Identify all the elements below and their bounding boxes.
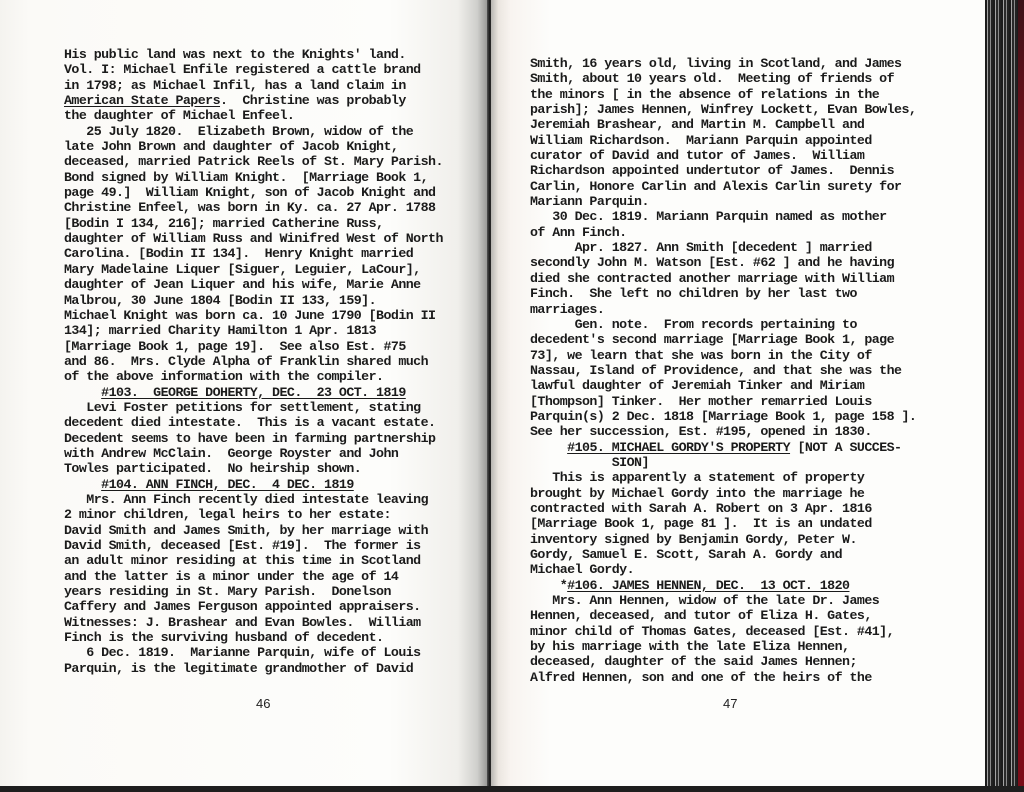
left-text-line: His public land was next to the Knights'… — [64, 47, 443, 62]
bottom-shadow — [0, 786, 1024, 792]
right-text-line: Smith, 16 years old, living in Scotland,… — [530, 56, 916, 71]
right-text-line: Alfred Hennen, son and one of the heirs … — [530, 670, 916, 685]
left-text-line: the daughter of Michael Enfeel. — [64, 108, 443, 123]
left-text-line: Bond signed by William Knight. [Marriage… — [64, 170, 443, 185]
cover-edge — [1018, 0, 1024, 792]
right-text-line: of Ann Finch. — [530, 225, 916, 240]
page-number-left: 46 — [256, 696, 270, 711]
left-text-line: Finch is the surviving husband of decede… — [64, 630, 443, 645]
left-text-line: #104. ANN FINCH, DEC. 4 DEC. 1819 — [64, 477, 443, 492]
right-text-line: the minors [ in the absence of relations… — [530, 87, 916, 102]
right-text-line: Jeremiah Brashear, and Martin M. Campbel… — [530, 117, 916, 132]
underlined-title: American State Papers — [64, 93, 220, 108]
left-text-line: Caffery and James Ferguson appointed app… — [64, 599, 443, 614]
left-text-line: Mary Madelaine Liquer [Siguer, Leguier, … — [64, 262, 443, 277]
left-text-line: daughter of William Russ and Winifred We… — [64, 231, 443, 246]
right-text-line: *#106. JAMES HENNEN, DEC. 13 OCT. 1820 — [530, 578, 916, 593]
left-text-line: of the above information with the compil… — [64, 369, 443, 384]
right-text-line: #105. MICHAEL GORDY'S PROPERTY [NOT A SU… — [530, 440, 916, 455]
right-text-line: SION] — [530, 455, 916, 470]
left-text-line: page 49.] William Knight, son of Jacob K… — [64, 185, 443, 200]
left-text-line: an adult minor residing at this time in … — [64, 553, 443, 568]
left-text-line: Malbrou, 30 June 1804 [Bodin II 133, 159… — [64, 293, 443, 308]
left-text-line: Levi Foster petitions for settlement, st… — [64, 400, 443, 415]
left-text-line: in 1798; as Michael Infil, has a land cl… — [64, 78, 443, 93]
left-text-line: Decedent seems to have been in farming p… — [64, 431, 443, 446]
page-number-right: 47 — [723, 696, 737, 711]
right-text-line: inventory signed by Benjamin Gordy, Pete… — [530, 532, 916, 547]
left-text-line: and 86. Mrs. Clyde Alpha of Franklin sha… — [64, 354, 443, 369]
right-text-line: Mariann Parquin. — [530, 194, 916, 209]
entry-heading: #104. ANN FINCH, DEC. 4 DEC. 1819 — [101, 477, 354, 492]
right-text-line: [Marriage Book 1, page 81 ]. It is an un… — [530, 516, 916, 531]
left-text-line: Mrs. Ann Finch recently died intestate l… — [64, 492, 443, 507]
right-text-line: This is apparently a statement of proper… — [530, 470, 916, 485]
right-text-line: Gordy, Samuel E. Scott, Sarah A. Gordy a… — [530, 547, 916, 562]
right-text-line: deceased, daughter of the said James Hen… — [530, 654, 916, 669]
right-text-line: lawful daughter of Jeremiah Tinker and M… — [530, 378, 916, 393]
right-text-line: contracted with Sarah A. Robert on 3 Apr… — [530, 501, 916, 516]
right-text-line: Nassau, Island of Providence, and that s… — [530, 363, 916, 378]
left-text-line: late John Brown and daughter of Jacob Kn… — [64, 139, 443, 154]
left-text-line: [Bodin I 134, 216]; married Catherine Ru… — [64, 216, 443, 231]
right-text-line: died she contracted another marriage wit… — [530, 271, 916, 286]
right-text-line: William Richardson. Mariann Parquin appo… — [530, 133, 916, 148]
right-text-line: 73], we learn that she was born in the C… — [530, 348, 916, 363]
right-text-line: decedent's second marriage [Marriage Boo… — [530, 332, 916, 347]
right-text-line: Richardson appointed undertutor of James… — [530, 163, 916, 178]
left-text-line: with Andrew McClain. George Royster and … — [64, 446, 443, 461]
right-text-line: minor child of Thomas Gates, deceased [E… — [530, 624, 916, 639]
right-text-line: Michael Gordy. — [530, 562, 916, 577]
right-text-line: Gen. note. From records pertaining to — [530, 317, 916, 332]
left-text-line: Towles participated. No heirship shown. — [64, 461, 443, 476]
book-spread: His public land was next to the Knights'… — [0, 0, 1024, 792]
right-text-line: Finch. She left no children by her last … — [530, 286, 916, 301]
left-text-line: American State Papers. Christine was pro… — [64, 93, 443, 108]
right-text-line: brought by Michael Gordy into the marria… — [530, 486, 916, 501]
left-text-line: David Smith and James Smith, by her marr… — [64, 523, 443, 538]
entry-heading: #106. JAMES HENNEN, DEC. 13 OCT. 1820 — [567, 578, 849, 593]
right-text-line: curator of David and tutor of James. Wil… — [530, 148, 916, 163]
left-text-line: daughter of Jean Liquer and his wife, Ma… — [64, 277, 443, 292]
left-text-line: 25 July 1820. Elizabeth Brown, widow of … — [64, 124, 443, 139]
right-text-line: parish]; James Hennen, Winfrey Lockett, … — [530, 102, 916, 117]
right-text-line: secondly John M. Watson [Est. #62 ] and … — [530, 255, 916, 270]
left-page-text: His public land was next to the Knights'… — [64, 47, 443, 676]
left-text-line: [Marriage Book 1, page 19]. See also Est… — [64, 339, 443, 354]
right-text-line: Hennen, deceased, and tutor of Eliza H. … — [530, 608, 916, 623]
left-text-line: Christine Enfeel, was born in Ky. ca. 27… — [64, 200, 443, 215]
right-text-line: Apr. 1827. Ann Smith [decedent ] married — [530, 240, 916, 255]
right-text-line: [Thompson] Tinker. Her mother remarried … — [530, 394, 916, 409]
left-text-line: 6 Dec. 1819. Marianne Parquin, wife of L… — [64, 645, 443, 660]
left-text-line: 2 minor children, legal heirs to her est… — [64, 507, 443, 522]
left-text-line: Michael Knight was born ca. 10 June 1790… — [64, 308, 443, 323]
left-text-line: 134]; married Charity Hamilton 1 Apr. 18… — [64, 323, 443, 338]
left-text-line: and the latter is a minor under the age … — [64, 569, 443, 584]
left-text-line: Parquin, is the legitimate grandmother o… — [64, 661, 443, 676]
right-text-line: marriages. — [530, 302, 916, 317]
left-text-line: Witnesses: J. Brashear and Evan Bowles. … — [64, 615, 443, 630]
right-text-line: Parquin(s) 2 Dec. 1818 [Marriage Book 1,… — [530, 409, 916, 424]
right-text-line: See her succession, Est. #195, opened in… — [530, 424, 916, 439]
right-text-line: Smith, about 10 years old. Meeting of fr… — [530, 71, 916, 86]
right-text-line: Mrs. Ann Hennen, widow of the late Dr. J… — [530, 593, 916, 608]
right-text-line: Carlin, Honore Carlin and Alexis Carlin … — [530, 179, 916, 194]
entry-heading: #103. GEORGE DOHERTY, DEC. 23 OCT. 1819 — [101, 385, 406, 400]
left-text-line: deceased, married Patrick Reels of St. M… — [64, 154, 443, 169]
entry-heading: #105. MICHAEL GORDY'S PROPERTY — [567, 440, 790, 455]
right-text-line: by his marriage with the late Eliza Henn… — [530, 639, 916, 654]
left-text-line: years residing in St. Mary Parish. Donel… — [64, 584, 443, 599]
left-text-line: decedent died intestate. This is a vacan… — [64, 415, 443, 430]
left-text-line: Carolina. [Bodin II 134]. Henry Knight m… — [64, 246, 443, 261]
right-text-line: 30 Dec. 1819. Mariann Parquin named as m… — [530, 209, 916, 224]
left-text-line: David Smith, deceased [Est. #19]. The fo… — [64, 538, 443, 553]
left-text-line: #103. GEORGE DOHERTY, DEC. 23 OCT. 1819 — [64, 385, 443, 400]
right-page-text: Smith, 16 years old, living in Scotland,… — [530, 56, 916, 685]
left-text-line: Vol. I: Michael Enfile registered a catt… — [64, 62, 443, 77]
